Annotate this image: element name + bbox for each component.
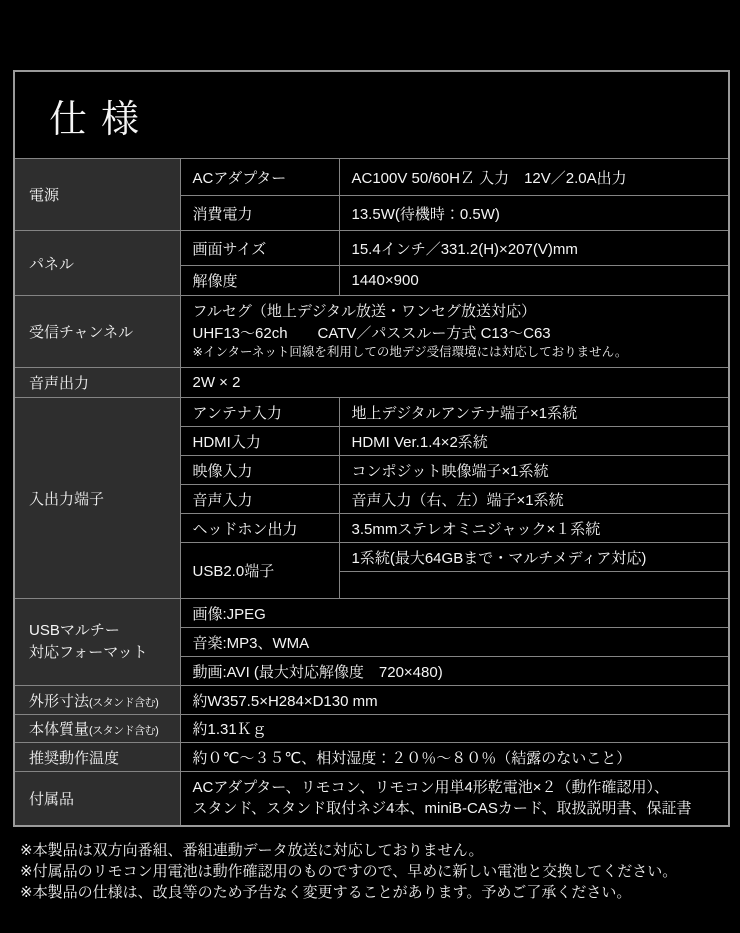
footnotes: ※本製品は双方向番組、番組連動データ放送に対応しておりません。 ※付属品のリモコ… bbox=[20, 840, 677, 903]
footnote-1: ※本製品は双方向番組、番組連動データ放送に対応しておりません。 bbox=[20, 840, 677, 861]
usb-format-label-line1: USBマルチー bbox=[29, 620, 172, 642]
section-label-weight: 本体質量(スタンド含む) bbox=[14, 715, 180, 743]
param-value-resolution: 1440×900 bbox=[339, 266, 729, 296]
usb-format-music: 音楽:MP3、WMA bbox=[180, 628, 729, 657]
param-value-antenna-in: 地上デジタルアンテナ端子×1系統 bbox=[339, 398, 729, 427]
param-name-ac-adapter: ACアダプター bbox=[180, 159, 339, 196]
param-value-power-consumption: 13.5W(待機時：0.5W) bbox=[339, 196, 729, 231]
param-name-power-consumption: 消費電力 bbox=[180, 196, 339, 231]
page-title: 仕様 bbox=[14, 71, 729, 159]
section-label-temperature: 推奨動作温度 bbox=[14, 743, 180, 772]
dimensions-label-sub: (スタンド含む) bbox=[89, 697, 158, 709]
weight-label: 本体質量 bbox=[29, 721, 89, 738]
param-name-audio-in: 音声入力 bbox=[180, 485, 339, 514]
footnote-2: ※付属品のリモコン用電池は動作確認用のものですので、早めに新しい電池と交換してく… bbox=[20, 861, 677, 882]
param-value-hdmi-in: HDMI Ver.1.4×2系統 bbox=[339, 427, 729, 456]
param-value-screen-size: 15.4インチ／331.2(H)×207(V)mm bbox=[339, 231, 729, 266]
reception-value-cell: フルセグ（地上デジタル放送・ワンセグ放送対応） UHF13〜62ch CATV／… bbox=[180, 296, 729, 368]
audio-output-value: 2W × 2 bbox=[180, 368, 729, 398]
spec-sheet: 仕様 電源 ACアダプター AC100V 50/60HＺ 入力 12V／2.0A… bbox=[0, 0, 740, 933]
section-label-io: 入出力端子 bbox=[14, 398, 180, 599]
section-label-reception: 受信チャンネル bbox=[14, 296, 180, 368]
usb-format-image: 画像:JPEG bbox=[180, 599, 729, 628]
param-value-headphone-out: 3.5mmステレオミニジャック×１系統 bbox=[339, 514, 729, 543]
weight-value: 約1.31Ｋｇ bbox=[180, 715, 729, 743]
param-value-video-in: コンポジット映像端子×1系統 bbox=[339, 456, 729, 485]
section-label-dimensions: 外形寸法(スタンド含む) bbox=[14, 686, 180, 715]
dimensions-label: 外形寸法 bbox=[29, 693, 89, 710]
weight-label-sub: (スタンド含む) bbox=[89, 725, 158, 737]
section-label-usb-format: USBマルチー 対応フォーマット bbox=[14, 599, 180, 686]
temperature-value: 約０℃～３５℃、相対湿度：２０％～８０％（結露のないこと） bbox=[180, 743, 729, 772]
section-label-panel: パネル bbox=[14, 231, 180, 296]
reception-note: ※インターネット回線を利用しての地デジ受信環境には対応しておりません。 bbox=[193, 344, 721, 362]
section-label-accessories: 付属品 bbox=[14, 772, 180, 826]
param-name-antenna-in: アンテナ入力 bbox=[180, 398, 339, 427]
accessories-line1: ACアダプター、リモコン、リモコン用単4形乾電池×２（動作確認用）、 bbox=[193, 777, 721, 798]
dimensions-value: 約W357.5×H284×D130 mm bbox=[180, 686, 729, 715]
footnote-3: ※本製品の仕様は、改良等のため予告なく変更することがあります。予めご了承ください… bbox=[20, 882, 677, 903]
param-name-video-in: 映像入力 bbox=[180, 456, 339, 485]
param-value-audio-in: 音声入力（右、左）端子×1系統 bbox=[339, 485, 729, 514]
section-label-audio-output: 音声出力 bbox=[14, 368, 180, 398]
usb-format-label-line2: 対応フォーマット bbox=[29, 642, 172, 664]
usb-port-empty-cell bbox=[339, 572, 729, 599]
reception-line2: UHF13〜62ch CATV／パススルー方式 C13〜C63 bbox=[193, 323, 721, 344]
section-label-power: 電源 bbox=[14, 159, 180, 231]
accessories-value-cell: ACアダプター、リモコン、リモコン用単4形乾電池×２（動作確認用）、 スタンド、… bbox=[180, 772, 729, 826]
usb-format-video: 動画:AVI (最大対応解像度 720×480) bbox=[180, 657, 729, 686]
param-name-screen-size: 画面サイズ bbox=[180, 231, 339, 266]
param-value-ac-adapter: AC100V 50/60HＺ 入力 12V／2.0A出力 bbox=[339, 159, 729, 196]
spec-table: 仕様 電源 ACアダプター AC100V 50/60HＺ 入力 12V／2.0A… bbox=[13, 70, 730, 827]
param-value-usb-port: 1系統(最大64GBまで・マルチメディア対応) bbox=[339, 543, 729, 572]
param-name-resolution: 解像度 bbox=[180, 266, 339, 296]
reception-line1: フルセグ（地上デジタル放送・ワンセグ放送対応） bbox=[193, 301, 721, 322]
accessories-line2: スタンド、スタンド取付ネジ4本、miniB-CASカード、取扱説明書、保証書 bbox=[193, 798, 721, 819]
param-name-hdmi-in: HDMI入力 bbox=[180, 427, 339, 456]
param-name-usb-port: USB2.0端子 bbox=[180, 543, 339, 599]
param-name-headphone-out: ヘッドホン出力 bbox=[180, 514, 339, 543]
